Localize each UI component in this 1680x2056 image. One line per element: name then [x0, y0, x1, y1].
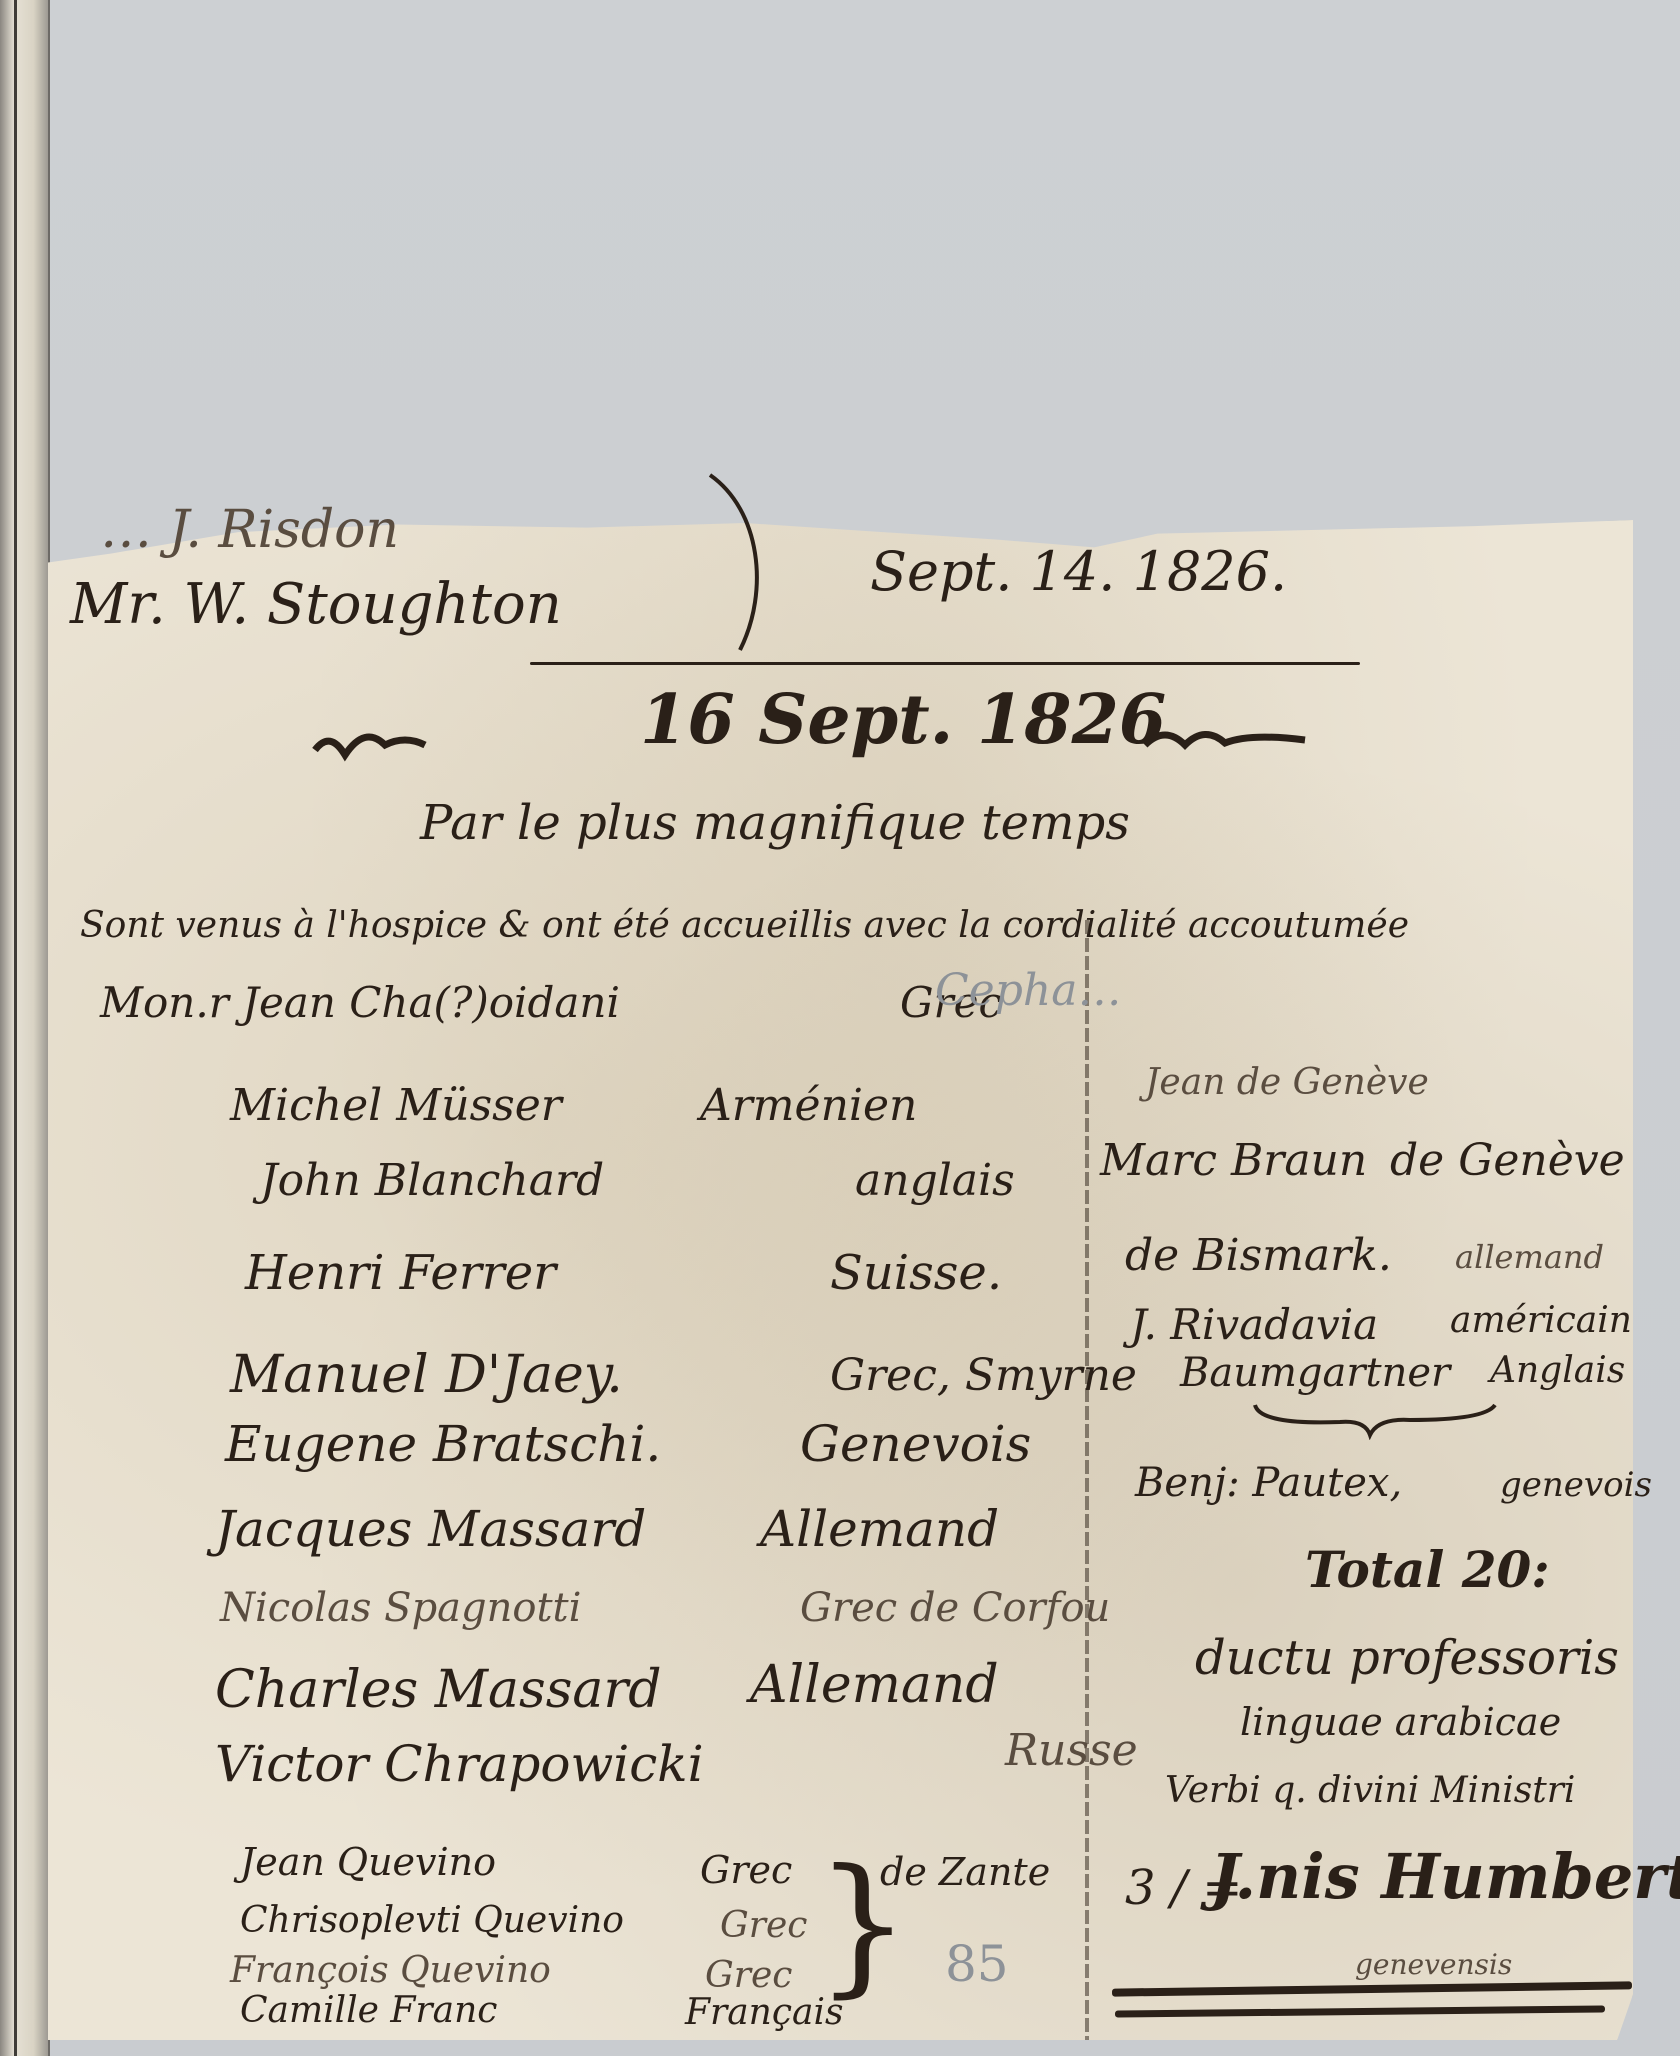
binding-edge	[0, 0, 50, 2056]
entry-nationality: Anglais	[1490, 1350, 1625, 1391]
entry-name: Jean Quevino	[240, 1840, 496, 1884]
entry-nationality: américain	[1450, 1300, 1632, 1341]
signature-name: J.nis Humbert	[1210, 1840, 1680, 1913]
left-flourish	[310, 720, 430, 770]
entry-name: Eugene Bratschi.	[225, 1415, 661, 1473]
entry-nationality: Grec, Smyrne	[830, 1350, 1137, 1401]
entry-nationality: Grec	[720, 1905, 807, 1946]
entry-nationality: Suisse.	[830, 1245, 1002, 1301]
entry-name: Manuel D'Jaey.	[230, 1345, 623, 1405]
header-names-line-1: … J. Risdon	[100, 500, 399, 560]
entry-nationality: anglais	[855, 1155, 1015, 1206]
entry-nationality: Arménien	[700, 1080, 917, 1131]
right-group-brace	[1250, 1400, 1500, 1440]
entry-name: Benj: Pautex,	[1135, 1460, 1402, 1506]
entry-name: Chrisoplevti Quevino	[240, 1900, 624, 1941]
binding-line	[14, 0, 17, 2056]
header-names-line-2: Mr. W. Stoughton	[70, 572, 562, 637]
entry-nationality: Allemand	[760, 1500, 999, 1558]
quevino-group-note: de Zante	[880, 1850, 1050, 1894]
entry-nationality: Grec de Corfou	[800, 1585, 1110, 1631]
entry-name: Camille Franc	[240, 1990, 497, 2031]
entry-nationality: Genevois	[800, 1415, 1031, 1473]
signature-line-3: Verbi q. divini Ministri	[1165, 1770, 1575, 1811]
column-divider	[1085, 920, 1089, 2040]
entry-name: Victor Chrapowicki	[215, 1735, 704, 1793]
entry-nationality: Grec	[705, 1955, 792, 1996]
entry-name: de Bismark.	[1125, 1230, 1392, 1281]
entry-date: 16 Sept. 1826	[640, 680, 1166, 760]
header-underline	[530, 662, 1360, 665]
intro-line-2: Sont venus à l'hospice & ont été accueil…	[80, 905, 1409, 946]
entry-name: François Quevino	[230, 1950, 551, 1991]
header-date-note: Sept. 14. 1826.	[870, 540, 1287, 603]
entry-nationality: de Genève	[1390, 1135, 1625, 1186]
entry-name: John Blanchard	[260, 1155, 604, 1206]
entry-nationality: Russe	[1005, 1725, 1138, 1776]
entry-name: Jacques Massard	[215, 1500, 646, 1558]
intro-line-1: Par le plus magnifique temps	[420, 795, 1130, 851]
entry-name: Charles Massard	[215, 1660, 662, 1720]
entry-name: Baumgartner	[1180, 1350, 1450, 1396]
signature-line-1: ductu professoris	[1195, 1630, 1619, 1686]
signature-subtitle: genevensis	[1355, 1948, 1512, 1981]
total-count: Total 20:	[1305, 1540, 1550, 1599]
entry-nationality: Allemand	[750, 1655, 999, 1715]
entry-name: Nicolas Spagnotti	[220, 1585, 581, 1631]
entry-nationality: allemand	[1455, 1238, 1604, 1276]
entry-nationality: Grec	[700, 1848, 792, 1892]
pencil-margin-note: Cepha…	[935, 965, 1121, 1016]
right-flourish	[1140, 715, 1310, 765]
entry-name: Henri Ferrer	[245, 1245, 556, 1301]
entry-name: Mon.r Jean Cha(?)oidani	[100, 978, 620, 1027]
entry-name: J. Rivadavia	[1130, 1300, 1378, 1349]
entry-name: Marc Braun	[1100, 1135, 1367, 1186]
pencil-page-number: 85	[945, 1935, 1009, 1993]
entry-name: Jean de Genève	[1145, 1062, 1429, 1103]
entry-name: Michel Müsser	[230, 1080, 562, 1131]
header-bracket	[700, 470, 780, 660]
entry-nationality: genevois	[1500, 1465, 1652, 1505]
signature-line-2: linguae arabicae	[1240, 1700, 1561, 1744]
